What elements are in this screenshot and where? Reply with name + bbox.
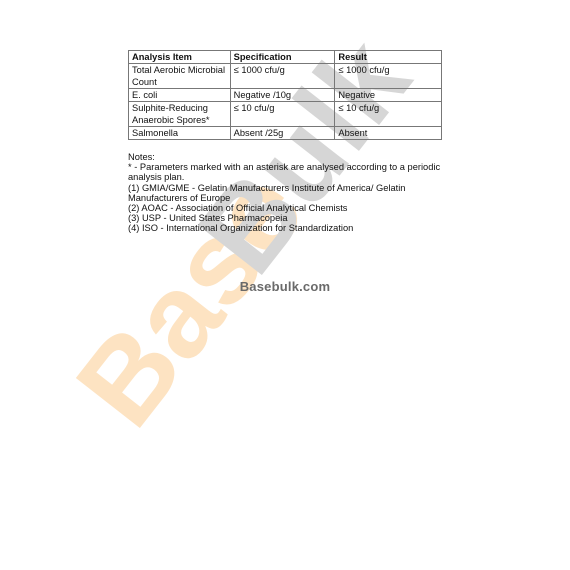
cell-specification: Negative /10g [230, 89, 335, 102]
note-item: (3) USP - United States Pharmacopeia [128, 213, 448, 223]
cell-result: Absent [335, 127, 442, 140]
cell-specification: ≤ 1000 cfu/g [230, 64, 335, 89]
cell-result: ≤ 1000 cfu/g [335, 64, 442, 89]
header-result: Result [335, 51, 442, 64]
header-analysis-item: Analysis Item [129, 51, 231, 64]
note-item: (4) ISO - International Organization for… [128, 223, 448, 233]
cell-item: Sulphite-Reducing Anaerobic Spores* [129, 102, 231, 127]
notes-section: Notes: * - Parameters marked with an ast… [128, 152, 448, 234]
cell-result: Negative [335, 89, 442, 102]
cell-result: ≤ 10 cfu/g [335, 102, 442, 127]
header-specification: Specification [230, 51, 335, 64]
document-page: Base Bulk Analysis Item Specification Re… [0, 0, 570, 570]
analysis-table: Analysis Item Specification Result Total… [128, 50, 442, 140]
note-item: * - Parameters marked with an asterisk a… [128, 162, 448, 182]
table-row: Salmonella Absent /25g Absent [129, 127, 442, 140]
table-row: E. coli Negative /10g Negative [129, 89, 442, 102]
note-item: (1) GMIA/GME - Gelatin Manufacturers Ins… [128, 183, 448, 203]
cell-item: Total Aerobic Microbial Count [129, 64, 231, 89]
cell-item: E. coli [129, 89, 231, 102]
note-item: (2) AOAC - Association of Official Analy… [128, 203, 448, 213]
cell-specification: Absent /25g [230, 127, 335, 140]
cell-item: Salmonella [129, 127, 231, 140]
table-row: Total Aerobic Microbial Count ≤ 1000 cfu… [129, 64, 442, 89]
table-row: Sulphite-Reducing Anaerobic Spores* ≤ 10… [129, 102, 442, 127]
brand-text: Basebulk.com [0, 279, 570, 294]
cell-specification: ≤ 10 cfu/g [230, 102, 335, 127]
table-header-row: Analysis Item Specification Result [129, 51, 442, 64]
notes-title: Notes: [128, 152, 448, 162]
